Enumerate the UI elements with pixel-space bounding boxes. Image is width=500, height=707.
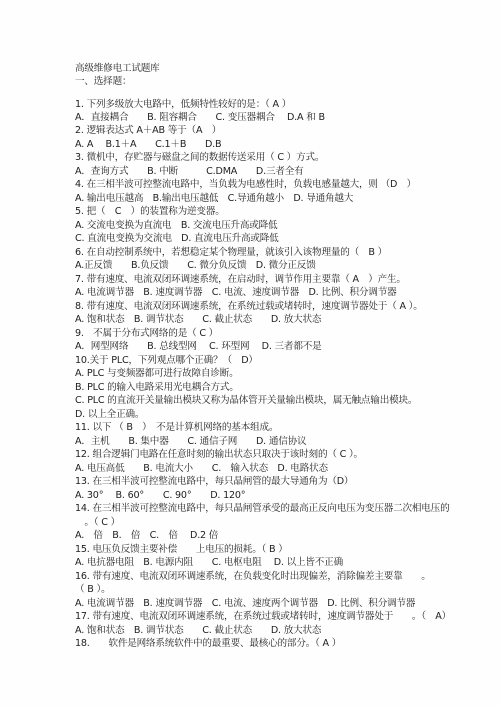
question-line: 11. 以下 （ B ） 不是计算机网络的基本组成。 — [75, 422, 278, 434]
question-line: A. 输出电压越高 B.输出电压越低 C.导通角越小 D. 导通角越大 — [75, 193, 353, 205]
question-line: C. PLC 的直流开关量输出模块又称为晶体管开关量输出模块，属无触点输出模块。 — [75, 395, 417, 407]
document-title: 高级维修电工试题库 — [75, 63, 160, 75]
question-line: 4. 在三相半波可控整流电路中，当负载为电感性时，负载电感量越大，则 （D ） — [75, 179, 416, 191]
question-line: A．直接耦合 B. 阻容耦合 C. 变压器耦合 D.A 和 B — [75, 112, 325, 124]
question-line: B. PLC 的输入电路采用光电耦合方式。 — [75, 382, 239, 394]
question-line: 12. 组合逻辑门电路在任意时刻的输出状态只取决于该时刻的（ C ）。 — [75, 449, 363, 461]
section-heading: 一、选择题： — [75, 76, 131, 88]
question-line: 17. 带有速度、电流双闭环调速系统，在系统过载或堵转时，速度调节器处于 。（ … — [75, 611, 451, 623]
question-line: （ B ）。 — [75, 584, 110, 596]
question-line: A. 电抗器电阻 B. 电源内阻 C. 电枢电阻 D. 以上皆不正确 — [75, 557, 343, 569]
question-line: 18. 软件是网络系统软件中的最重要、最核心的部分。（ A ） — [75, 638, 341, 650]
question-line: 2. 逻辑表达式 A＋AB 等于（A ） — [75, 125, 221, 137]
question-line: 7. 带有速度、电流双闭环调速系统，在启动时，调节作用主要靠（ A ）产生。 — [75, 274, 406, 286]
question-line: A. 饱和状态 B. 调节状态 C. 截止状态 D. 放大状态 — [75, 625, 321, 637]
question-line: A.正反馈 B.负反馈 C. 微分负反馈 D. 微分正反馈 — [75, 260, 316, 272]
question-line: 1. 下列多级放大电路中，低频特性较好的是：（ A ） — [75, 99, 291, 111]
question-line: A. A B.1＋A C.1＋B D.B — [75, 139, 221, 151]
question-line: 8. 带有速度、电流双闭环调速系统，在系统过载或堵转时，速度调节器处于（ A ）… — [75, 301, 423, 313]
question-line: C. 直流电变换为交流电 D. 直流电压升高或降低 — [75, 233, 279, 245]
question-line: 14. 在三相半波可控整流电路中，每只晶闸管承受的最高正反向电压为变压器二次相电… — [75, 503, 449, 515]
question-line: 。（ C ） — [75, 517, 120, 529]
question-line: D. 以上全正确。 — [75, 409, 144, 421]
question-line: 6. 在自动控制系统中，若想稳定某个物理量，就该引入该物理量的（ B ） — [75, 247, 387, 259]
question-line: 13. 在三相半波可控整流电路中，每只晶闸管的最大导通角为（D） — [75, 476, 353, 488]
question-line: A. 饱和状态 B. 调节状态 C. 截止状态 D. 放大状态 — [75, 314, 321, 326]
question-line: 15. 电压负反馈主要补偿 上电压的损耗。（ B ） — [75, 544, 288, 556]
question-line: A. 电流调节器 B. 速度调节器 C. 电流、速度调节器 D. 比例、积分调节… — [75, 287, 396, 299]
question-line: 5. 把（ C ）的装置称为逆变器。 — [75, 206, 225, 218]
question-line: A. 电流调节器 B. 速度调节器 C. 电流、速度两个调节器 D. 比例、积分… — [75, 598, 415, 610]
question-line: 3. 微机中，存贮器与磁盘之间的数据传送采用（ C ）方式。 — [75, 152, 324, 164]
question-line: A. PLC 与变频器都可进行故障自诊断。 — [75, 368, 238, 380]
question-line: A. 30° B. 60° C. 90° D. 120° — [75, 490, 245, 502]
question-line: A．查询方式 B. 中断 C.DMA D.三者全有 — [75, 166, 304, 178]
question-line: 9. 不属于分布式网络的是（ C ） — [75, 328, 218, 340]
question-line: A．主机 B. 集中器 C. 通信子网 D. 通信协议 — [75, 436, 306, 448]
question-line: 10.关于 PLC，下列观点哪个正确？（ D） — [75, 355, 258, 367]
question-line: A. 电压高低 B. 电流大小 C. 输入状态 D. 电路状态 — [75, 463, 328, 475]
question-line: A. 倍 B. 倍 C. 倍 D.2 倍 — [75, 530, 218, 542]
document-page: 高级维修电工试题库 一、选择题： 1. 下列多级放大电路中，低频特性较好的是：（… — [0, 0, 500, 707]
question-line: 16. 带有速度、电流双闭环调速系统，在负载变化时出现偏差，消除偏差主要靠 。 — [75, 571, 431, 583]
question-line: A. 交流电变换为直流电 B. 交流电压升高或降低 — [75, 220, 277, 232]
question-line: A．网型网络 B. 总线型网 C. 环型网 D. 三者都不是 — [75, 341, 322, 353]
